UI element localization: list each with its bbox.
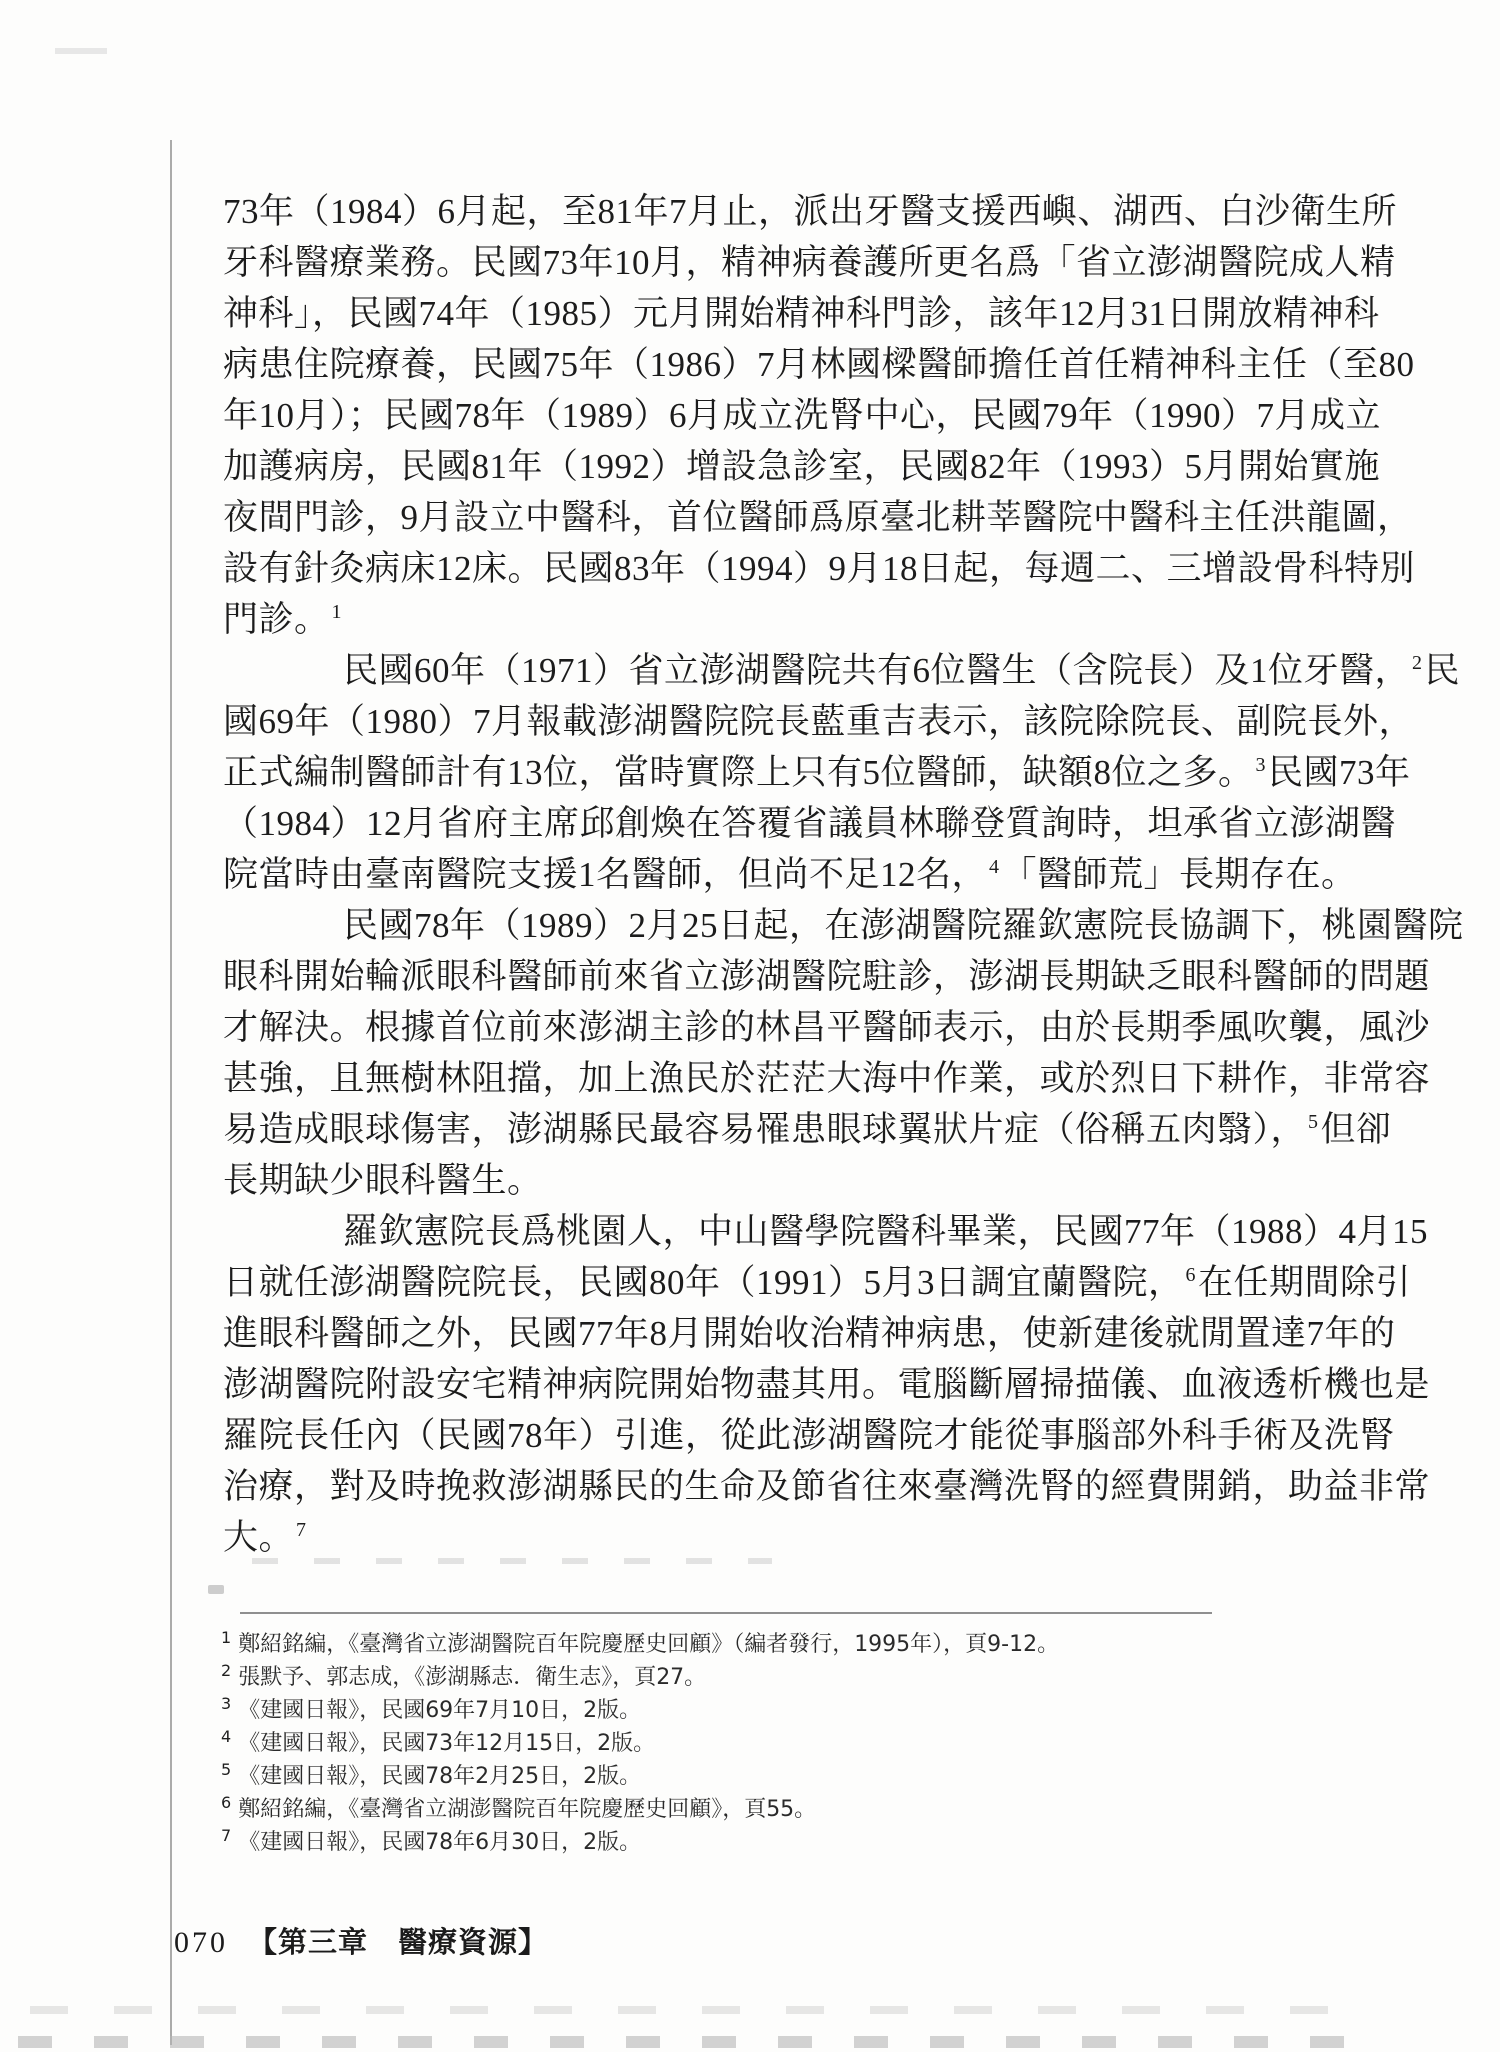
body-text-segment: 甚強，且無樹林阻擋，加上漁民於茫茫大海中作業，或於烈日下耕作，非常容 xyxy=(223,1059,1430,1098)
body-text-segment: 民國73年 xyxy=(1268,753,1411,792)
body-text-segment: 眼科開始輪派眼科醫師前來省立澎湖醫院駐診，澎湖長期缺乏眼科醫師的問題 xyxy=(223,957,1430,996)
footnote-number: 5 xyxy=(221,1760,231,1779)
body-line: 進眼科醫師之外，民國77年8月開始收治精神病患，使新建後就閒置達7年的 xyxy=(223,1308,1338,1359)
footnote-number: 1 xyxy=(221,1628,231,1647)
body-line: 年10月）；民國78年（1989）6月成立洗腎中心，民國79年（1990）7月成… xyxy=(223,390,1338,441)
body-text-segment: 民國60年（1971）省立澎湖醫院共有6位醫生（含院長）及1位牙醫， xyxy=(343,651,1410,690)
footnote-ref: 4 xyxy=(989,856,1000,878)
scan-artifact xyxy=(18,2036,1378,2048)
body-text-segment: 73年（1984）6月起，至81年7月止，派出牙醫支援西嶼、湖西、白沙衛生所 xyxy=(223,192,1397,231)
body-line: 正式編制醫師計有13位，當時實際上只有5位醫師，缺額8位之多。3民國73年 xyxy=(223,747,1338,798)
body-text-segment: 但卻 xyxy=(1321,1110,1392,1149)
footnote-ref: 5 xyxy=(1308,1111,1319,1133)
body-line: 日就任澎湖醫院院長，民國80年（1991）5月3日調宜蘭醫院，6在任期間除引 xyxy=(223,1257,1338,1308)
body-line: 73年（1984）6月起，至81年7月止，派出牙醫支援西嶼、湖西、白沙衛生所 xyxy=(223,186,1338,237)
footnote-ref: 6 xyxy=(1186,1264,1197,1286)
body-text-segment: 才解決。根據首位前來澎湖主診的林昌平醫師表示，由於長期季風吹襲，風沙 xyxy=(223,1008,1430,1047)
footnote-row: 6鄭紹銘編，《臺灣省立湖澎醫院百年院慶歷史回顧》，頁55。 xyxy=(221,1793,1059,1826)
body-line: 澎湖醫院附設安宅精神病院開始物盡其用。電腦斷層掃描儀、血液透析機也是 xyxy=(223,1359,1338,1410)
footnote-text: 《建國日報》，民國78年2月25日，2版。 xyxy=(238,1764,641,1789)
body-line: 國69年（1980）7月報載澎湖醫院院長藍重吉表示，該院除院長、副院長外， xyxy=(223,696,1338,747)
body-line: 設有針灸病床12床。民國83年（1994）9月18日起，每週二、三增設骨科特別 xyxy=(223,543,1338,594)
body-line: 大。7 xyxy=(223,1512,1338,1563)
scan-artifact xyxy=(55,48,107,54)
body-line: 神科」，民國74年（1985）元月開始精神科門診，該年12月31日開放精神科 xyxy=(223,288,1338,339)
body-line: 羅院長任內（民國78年）引進，從此澎湖醫院才能從事腦部外科手術及洗腎 xyxy=(223,1410,1338,1461)
body-line: 眼科開始輪派眼科醫師前來省立澎湖醫院駐診，澎湖長期缺乏眼科醫師的問題 xyxy=(223,951,1338,1002)
left-margin-scan-line xyxy=(170,140,172,2045)
body-line: （1984）12月省府主席邱創煥在答覆省議員林聯登質詢時，坦承省立澎湖醫 xyxy=(223,798,1338,849)
body-text-segment: 羅院長任內（民國78年）引進，從此澎湖醫院才能從事腦部外科手術及洗腎 xyxy=(223,1416,1395,1455)
body-text-segment: 「醫師荒」長期存在。 xyxy=(1002,855,1357,894)
footnote-ref: 3 xyxy=(1256,754,1267,776)
page-number: 070 xyxy=(174,1926,228,1959)
footnote-text: 張默予、郭志成，《澎湖縣志．衛生志》，頁27。 xyxy=(238,1665,706,1690)
body-text-segment: 大。 xyxy=(223,1518,294,1557)
footnote-text: 鄭紹銘編，《臺灣省立澎湖醫院百年院慶歷史回顧》（編者發行，1995年），頁9-1… xyxy=(238,1632,1059,1657)
body-text-segment: 易造成眼球傷害，澎湖縣民最容易罹患眼球翼狀片症（俗稱五肉翳）， xyxy=(223,1110,1306,1149)
footnote-row: 4《建國日報》，民國73年12月15日，2版。 xyxy=(221,1727,1059,1760)
body-text-segment: 牙科醫療業務。民國73年10月，精神病養護所更名爲「省立澎湖醫院成人精 xyxy=(223,243,1396,282)
footnote-text: 《建國日報》，民國73年12月15日，2版。 xyxy=(238,1731,655,1756)
body-line: 羅欽憲院長爲桃園人，中山醫學院醫科畢業，民國77年（1988）4月15 xyxy=(223,1206,1338,1257)
footnote-text: 鄭紹銘編，《臺灣省立湖澎醫院百年院慶歷史回顧》，頁55。 xyxy=(238,1797,816,1822)
body-line: 治療，對及時挽救澎湖縣民的生命及節省往來臺灣洗腎的經費開銷，助益非常 xyxy=(223,1461,1338,1512)
body-line: 病患住院療養，民國75年（1986）7月林國樑醫師擔任首任精神科主任（至80 xyxy=(223,339,1338,390)
footnote-ref: 7 xyxy=(296,1519,307,1541)
footnote-text: 《建國日報》，民國78年6月30日，2版。 xyxy=(238,1830,641,1855)
scan-artifact xyxy=(30,2006,1360,2014)
footnote-ref: 2 xyxy=(1412,652,1423,674)
footnote-row: 5《建國日報》，民國78年2月25日，2版。 xyxy=(221,1760,1059,1793)
body-text-segment: 羅欽憲院長爲桃園人，中山醫學院醫科畢業，民國77年（1988）4月15 xyxy=(343,1212,1428,1251)
footnote-number: 4 xyxy=(221,1727,231,1746)
body-line: 院當時由臺南醫院支援1名醫師，但尚不足12名，4「醫師荒」長期存在。 xyxy=(223,849,1338,900)
body-line: 易造成眼球傷害，澎湖縣民最容易罹患眼球翼狀片症（俗稱五肉翳），5但卻 xyxy=(223,1104,1338,1155)
footnote-row: 2張默予、郭志成，《澎湖縣志．衛生志》，頁27。 xyxy=(221,1661,1059,1694)
body-text-segment: 民 xyxy=(1425,651,1461,690)
body-text-segment: 民國78年（1989）2月25日起，在澎湖醫院羅欽憲院長協調下，桃園醫院 xyxy=(343,906,1464,945)
footnote-text: 《建國日報》，民國69年7月10日，2版。 xyxy=(238,1698,641,1723)
footnote-number: 7 xyxy=(221,1826,231,1845)
footnote-row: 7《建國日報》，民國78年6月30日，2版。 xyxy=(221,1826,1059,1859)
scanned-book-page: 73年（1984）6月起，至81年7月止，派出牙醫支援西嶼、湖西、白沙衛生所牙科… xyxy=(0,0,1500,2052)
footnote-separator xyxy=(240,1612,1212,1614)
body-text-segment: 澎湖醫院附設安宅精神病院開始物盡其用。電腦斷層掃描儀、血液透析機也是 xyxy=(223,1365,1430,1404)
scan-artifact xyxy=(208,1585,224,1594)
footnote-number: 3 xyxy=(221,1694,231,1713)
footnote-row: 3《建國日報》，民國69年7月10日，2版。 xyxy=(221,1694,1059,1727)
body-text-segment: 神科」，民國74年（1985）元月開始精神科門診，該年12月31日開放精神科 xyxy=(223,294,1380,333)
body-text-segment: 國69年（1980）7月報載澎湖醫院院長藍重吉表示，該院除院長、副院長外， xyxy=(223,702,1414,741)
body-text-segment: 治療，對及時挽救澎湖縣民的生命及節省往來臺灣洗腎的經費開銷，助益非常 xyxy=(223,1467,1430,1506)
body-line: 民國78年（1989）2月25日起，在澎湖醫院羅欽憲院長協調下，桃園醫院 xyxy=(223,900,1338,951)
body-text-segment: 長期缺少眼科醫生。 xyxy=(223,1161,543,1200)
footnote-row: 1鄭紹銘編，《臺灣省立澎湖醫院百年院慶歷史回顧》（編者發行，1995年），頁9-… xyxy=(221,1628,1059,1661)
body-text-segment: 日就任澎湖醫院院長，民國80年（1991）5月3日調宜蘭醫院， xyxy=(223,1263,1184,1302)
body-text-segment: 夜間門診，9月設立中醫科，首位醫師爲原臺北耕莘醫院中醫科主任洪龍圖， xyxy=(223,498,1413,537)
body-text-segment: 門診。 xyxy=(223,600,330,639)
body-text-segment: （1984）12月省府主席邱創煥在答覆省議員林聯登質詢時，坦承省立澎湖醫 xyxy=(223,804,1396,843)
chapter-title: 【第三章 醫療資源】 xyxy=(248,1927,548,1959)
body-text-segment: 在任期間除引 xyxy=(1198,1263,1411,1302)
body-line: 長期缺少眼科醫生。 xyxy=(223,1155,1338,1206)
footnote-number: 2 xyxy=(221,1661,231,1680)
body-line: 甚強，且無樹林阻擋，加上漁民於茫茫大海中作業，或於烈日下耕作，非常容 xyxy=(223,1053,1338,1104)
body-text-segment: 病患住院療養，民國75年（1986）7月林國樑醫師擔任首任精神科主任（至80 xyxy=(223,345,1415,384)
body-line: 門診。1 xyxy=(223,594,1338,645)
footnotes: 1鄭紹銘編，《臺灣省立澎湖醫院百年院慶歷史回顧》（編者發行，1995年），頁9-… xyxy=(221,1628,1059,1859)
footnote-ref: 1 xyxy=(332,601,343,623)
body-line: 夜間門診，9月設立中醫科，首位醫師爲原臺北耕莘醫院中醫科主任洪龍圖， xyxy=(223,492,1338,543)
body-line: 民國60年（1971）省立澎湖醫院共有6位醫生（含院長）及1位牙醫，2民 xyxy=(223,645,1338,696)
body-text: 73年（1984）6月起，至81年7月止，派出牙醫支援西嶼、湖西、白沙衛生所牙科… xyxy=(223,186,1338,1563)
body-text-segment: 正式編制醫師計有13位，當時實際上只有5位醫師，缺額8位之多。 xyxy=(223,753,1254,792)
page-footer: 070【第三章 醫療資源】 xyxy=(174,1920,548,1956)
body-text-segment: 加護病房，民國81年（1992）增設急診室，民國82年（1993）5月開始實施 xyxy=(223,447,1380,486)
body-line: 加護病房，民國81年（1992）增設急診室，民國82年（1993）5月開始實施 xyxy=(223,441,1338,492)
body-text-segment: 進眼科醫師之外，民國77年8月開始收治精神病患，使新建後就閒置達7年的 xyxy=(223,1314,1396,1353)
body-text-segment: 年10月）；民國78年（1989）6月成立洗腎中心，民國79年（1990）7月成… xyxy=(223,396,1381,435)
footnote-number: 6 xyxy=(221,1793,231,1812)
body-text-segment: 院當時由臺南醫院支援1名醫師，但尚不足12名， xyxy=(223,855,987,894)
body-line: 才解決。根據首位前來澎湖主診的林昌平醫師表示，由於長期季風吹襲，風沙 xyxy=(223,1002,1338,1053)
body-line: 牙科醫療業務。民國73年10月，精神病養護所更名爲「省立澎湖醫院成人精 xyxy=(223,237,1338,288)
body-text-segment: 設有針灸病床12床。民國83年（1994）9月18日起，每週二、三增設骨科特別 xyxy=(223,549,1415,588)
